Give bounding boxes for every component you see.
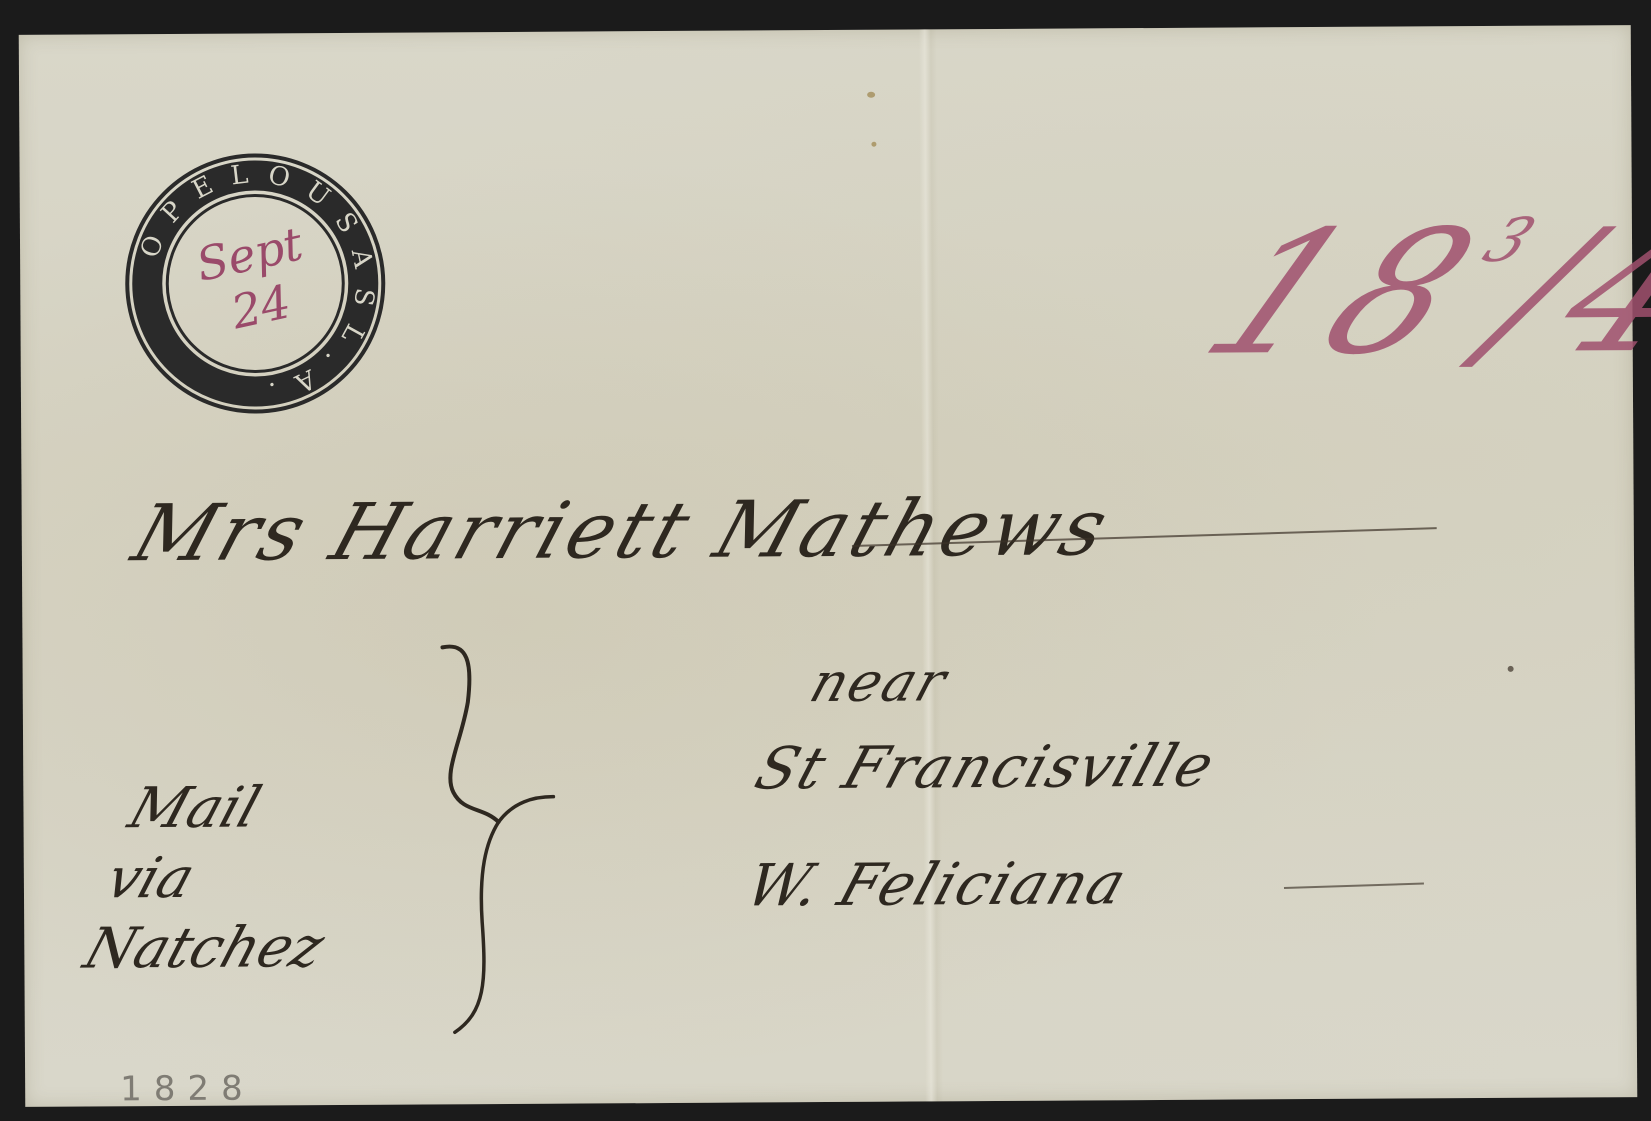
- address-line-town: St Francisville: [748, 733, 1224, 802]
- address-flourish: [1284, 883, 1424, 890]
- manuscript-rate: 183/4: [1182, 154, 1651, 380]
- foxing-spot: [871, 142, 876, 147]
- pencil-year-notation: 1828: [120, 1069, 255, 1110]
- addressee-name: Mrs Harriett Mathews: [122, 483, 1121, 579]
- opelousas-postmark: O P E L O U S A S L . A . Sept 24: [119, 148, 391, 420]
- rate-value: 18: [1174, 194, 1514, 394]
- foxing-spot: [1508, 666, 1514, 672]
- routing-line-mail: Mail: [120, 773, 377, 845]
- address-line-parish: W. Feliciana: [738, 850, 1135, 918]
- foxing-spot: [867, 92, 875, 98]
- letter-cover: O P E L O U S A S L . A . Sept 24 183/4 …: [19, 25, 1638, 1107]
- routing-line-natchez: Natchez: [75, 913, 332, 985]
- routing-instruction: Mail via Natchez: [75, 773, 377, 985]
- routing-line-via: via: [98, 843, 355, 915]
- address-line-near: near: [802, 649, 956, 716]
- curly-brace-icon: [422, 632, 585, 1053]
